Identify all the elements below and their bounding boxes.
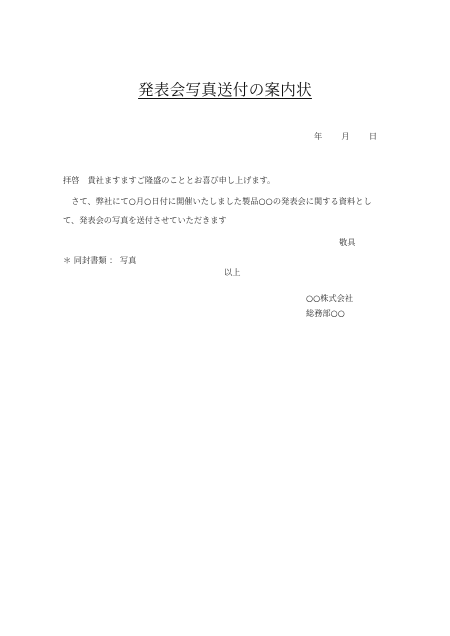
date-line: 年 月 日	[314, 131, 377, 142]
closing-text: 敬具	[339, 237, 355, 248]
enclosure-note: ＊ 同封書類 ： 写真	[63, 255, 136, 266]
document-page: 発表会写真送付の案内状 年 月 日 拝啓 貴社ますますご隆盛のこととお喜び申し上…	[0, 0, 450, 636]
date-month: 月	[341, 131, 349, 142]
date-year: 年	[314, 131, 322, 142]
sender-department: 総務部○○	[306, 308, 345, 319]
sender-company: ○○株式会社	[306, 293, 353, 304]
date-day: 日	[369, 131, 377, 142]
document-title-text: 発表会写真送付の案内状	[138, 81, 312, 99]
greeting-text: 拝啓 貴社ますますご隆盛のこととお喜び申し上げます。	[63, 175, 275, 186]
end-mark: 以上	[224, 267, 240, 278]
body-text-line-2: て、発表会の写真を送付させていただきます	[63, 215, 227, 226]
document-title: 発表会写真送付の案内状	[0, 80, 450, 100]
body-text-line-1: さて、弊社にて○月○日付に開催いたしました製品○○の発表会に関する資料とし	[63, 196, 372, 207]
